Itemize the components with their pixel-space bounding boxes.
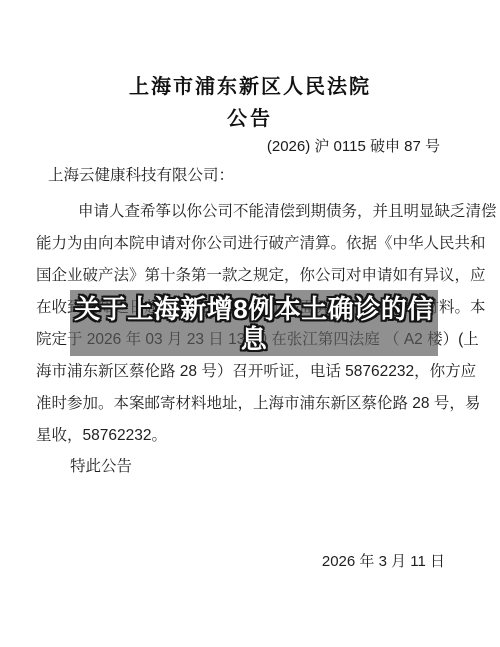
case-number: (2026) 沪 0115 破申 87 号 (0, 135, 440, 156)
document-date: 2026 年 3 月 11 日 (0, 550, 445, 571)
court-title: 上海市浦东新区人民法院 (0, 70, 500, 99)
headline-text: 关于上海新增8例本土确诊的信息 (70, 290, 438, 354)
headline-overlay-banner: 关于上海新增8例本土确诊的信息 (70, 290, 438, 356)
notice-title: 公告 (0, 102, 500, 131)
body-line: 能力为由向本院申请对你公司进行破产清算。依据《中华人民共和 (36, 228, 473, 260)
body-line: 申请人查希筝以你公司不能清偿到期债务，并且明显缺乏清偿 (36, 196, 473, 228)
body-line: 国企业破产法》第十条第一款之规定，你公司对申请如有异议，应 (36, 260, 473, 292)
body-line: 海市浦东新区蔡伦路 28 号）召开听证，电话 58762232，你方应 (36, 356, 473, 388)
court-notice-document: 上海市浦东新区人民法院 公告 (2026) 沪 0115 破申 87 号 上海云… (0, 0, 500, 647)
closing-statement: 特此公告 (70, 454, 132, 476)
body-line: 星收，58762232。 (36, 420, 473, 452)
addressee-line: 上海云健康科技有限公司： (48, 163, 234, 185)
body-line: 准时参加。本案邮寄材料地址，上海市浦东新区蔡伦路 28 号，易 (36, 388, 473, 420)
